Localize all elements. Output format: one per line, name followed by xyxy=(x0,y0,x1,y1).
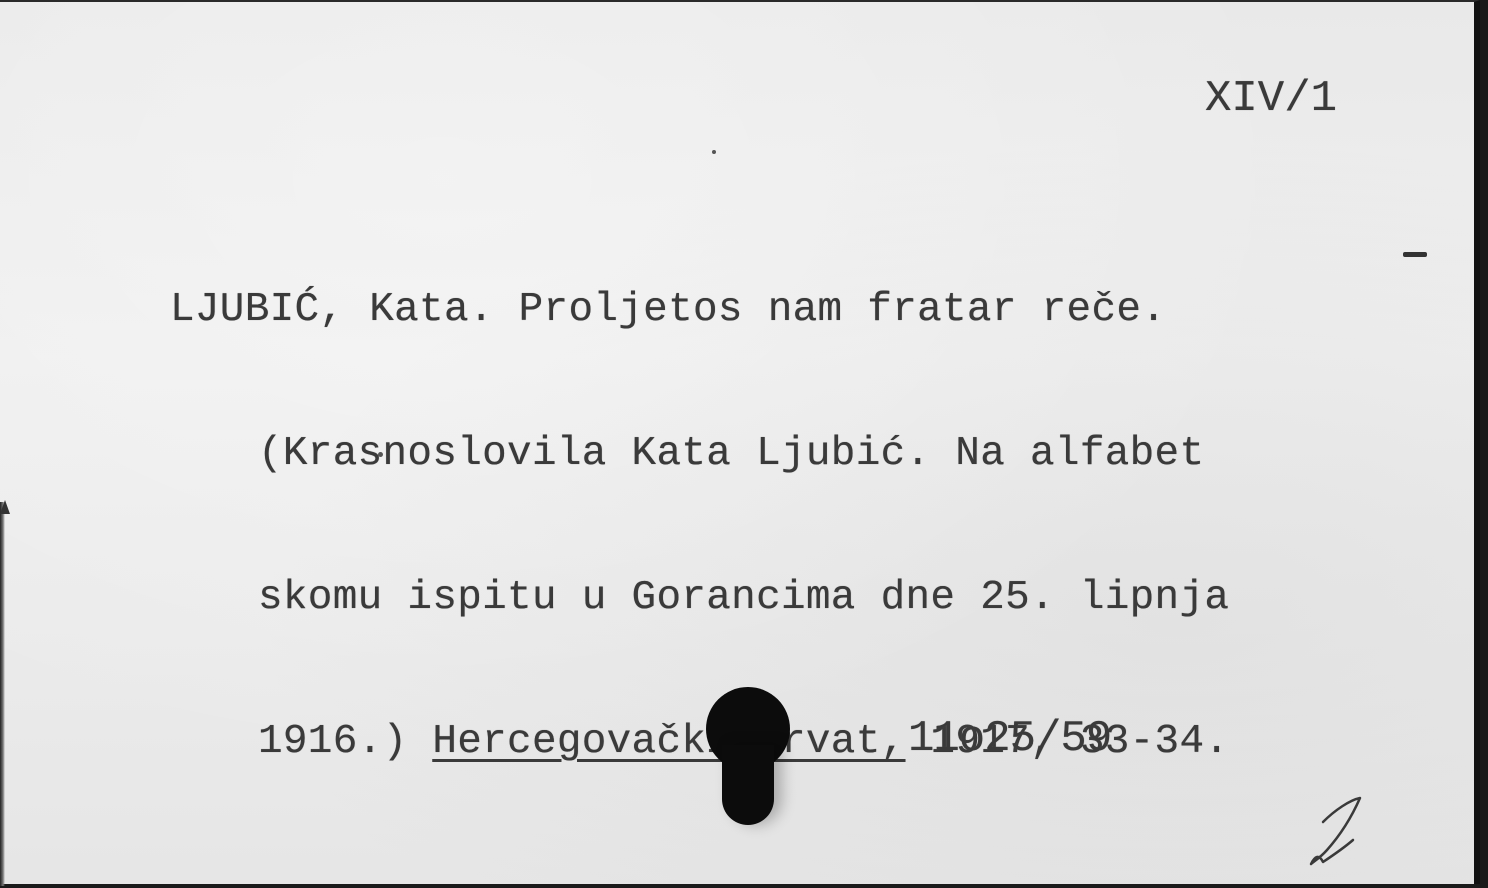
note-end: 1916.) xyxy=(258,719,432,765)
macron-mark xyxy=(1403,252,1427,257)
accession-number: 11o25/59 xyxy=(908,714,1111,764)
entry-line-note-1: (Krasnoslovila Kata Ljubić. Na alfabet xyxy=(170,430,1229,478)
punch-hole xyxy=(704,687,792,827)
punch-hole-bottom xyxy=(722,745,774,825)
call-number: XIV/1 xyxy=(1205,74,1337,124)
card-edge-shadow xyxy=(0,502,5,886)
ink-speck xyxy=(378,452,383,457)
catalog-card: XIV/1 LJUBIĆ, Kata. Proljetos nam fratar… xyxy=(0,0,1480,884)
entry-line-heading: LJUBIĆ, Kata. Proljetos nam fratar reče. xyxy=(170,286,1229,334)
entry-line-note-2: skomu ispitu u Gorancima dne 25. lipnja xyxy=(170,574,1229,622)
source-title: Hercegovački Hrvat, xyxy=(432,719,905,765)
card-edge-tip xyxy=(0,500,10,514)
handwritten-mark-icon xyxy=(1305,792,1375,867)
ink-speck xyxy=(712,150,716,154)
